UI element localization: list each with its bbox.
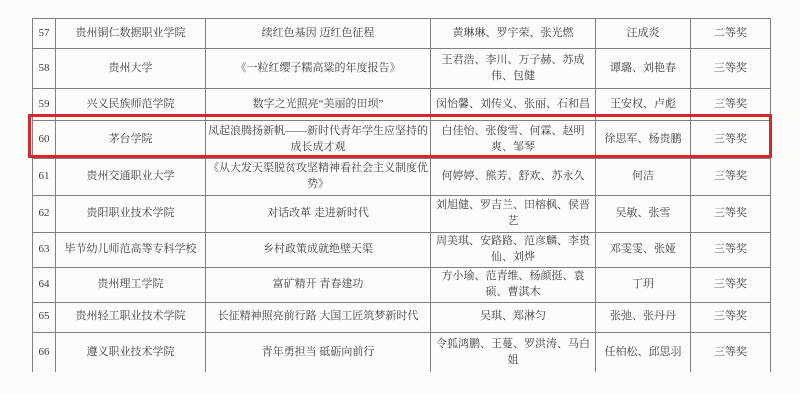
cell-school: 贵州大学 xyxy=(56,49,206,89)
cell-instructors: 张弛、张丹丹 xyxy=(596,302,691,332)
cell-title: 《一粒红缨子糯高粱的年度报告》 xyxy=(206,49,431,89)
cell-no: 62 xyxy=(33,196,56,233)
cell-no: 60 xyxy=(33,121,56,159)
cell-instructors: 任柏松、邱思羽 xyxy=(596,332,691,372)
cell-students: 白佳怡、张俊雪、何霖、赵明爽、邹琴 xyxy=(431,121,596,159)
cell-award: 三等奖 xyxy=(691,49,771,89)
cell-no: 61 xyxy=(33,159,56,196)
cell-title: 长征精神照亮前行路 大国工匠筑梦新时代 xyxy=(206,302,431,332)
awards-table: 57贵州铜仁数据职业学院续红色基因 迈红色征程黄琳琳、罗宇荣、张光燃汪成炎二等奖… xyxy=(32,18,771,372)
cell-award: 三等奖 xyxy=(691,233,771,268)
cell-no: 58 xyxy=(33,49,56,89)
cell-title: 数字之光照亮“美丽的田坝” xyxy=(206,89,431,121)
cell-title: 对话改革 走进新时代 xyxy=(206,196,431,233)
cell-award: 三等奖 xyxy=(691,196,771,233)
cell-students: 方小瑜、范青维、杨颜挺、袁硕、曹淇木 xyxy=(431,267,596,302)
table-row: 60茅台学院凤起浪腾扬新帆——新时代青年学生应坚持的成长成才观白佳怡、张俊雪、何… xyxy=(33,121,771,159)
cell-award: 二等奖 xyxy=(691,19,771,49)
cell-award: 三等奖 xyxy=(691,267,771,302)
cell-award: 三等奖 xyxy=(691,121,771,159)
cell-students: 何婷婷、熊芳、舒欢、苏永久 xyxy=(431,159,596,196)
cell-students: 刘旭健、罗吉兰、田榕枫、侯晋艺 xyxy=(431,196,596,233)
cell-instructors: 吴敏、张雪 xyxy=(596,196,691,233)
cell-instructors: 丁玥 xyxy=(596,267,691,302)
table-row: 59兴义民族师范学院数字之光照亮“美丽的田坝”闵怡馨、刘传义、张丽、石和昌王安权… xyxy=(33,89,771,121)
cell-school: 兴义民族师范学院 xyxy=(56,89,206,121)
cell-students: 周美琪、安路路、范彦麟、李贵仙、刘烨 xyxy=(431,233,596,268)
cell-students: 黄琳琳、罗宇荣、张光燃 xyxy=(431,19,596,49)
table-row: 61贵州交通职业大学《从大发天渠脱贫攻坚精神看社会主义制度优势》何婷婷、熊芳、舒… xyxy=(33,159,771,196)
cell-instructors: 王安权、卢彪 xyxy=(596,89,691,121)
cell-no: 59 xyxy=(33,89,56,121)
cell-no: 64 xyxy=(33,267,56,302)
table-row: 58贵州大学《一粒红缨子糯高粱的年度报告》王君浩、李川、万子赫、苏成伟、包健谭璐… xyxy=(33,49,771,89)
table-row: 66遵义职业技术学院青年勇担当 砥砺向前行令狐鸿鹏、王蔓、罗洪涛、马白姐任柏松、… xyxy=(33,332,771,372)
cell-no: 66 xyxy=(33,332,56,372)
table-row: 64贵州理工学院富矿精开 青春建功方小瑜、范青维、杨颜挺、袁硕、曹淇木丁玥三等奖 xyxy=(33,267,771,302)
table-row: 57贵州铜仁数据职业学院续红色基因 迈红色征程黄琳琳、罗宇荣、张光燃汪成炎二等奖 xyxy=(33,19,771,49)
table-row: 65贵州轻工职业技术学院长征精神照亮前行路 大国工匠筑梦新时代吴琪、郑淋匀张弛、… xyxy=(33,302,771,332)
cell-school: 毕节幼儿师范高等专科学校 xyxy=(56,233,206,268)
cell-instructors: 汪成炎 xyxy=(596,19,691,49)
cell-title: 凤起浪腾扬新帆——新时代青年学生应坚持的成长成才观 xyxy=(206,121,431,159)
cell-instructors: 邓雯雯、张娅 xyxy=(596,233,691,268)
table-row: 62贵阳职业技术学院对话改革 走进新时代刘旭健、罗吉兰、田榕枫、侯晋艺吴敏、张雪… xyxy=(33,196,771,233)
cell-school: 贵阳职业技术学院 xyxy=(56,196,206,233)
cell-award: 三等奖 xyxy=(691,159,771,196)
cell-school: 贵州铜仁数据职业学院 xyxy=(56,19,206,49)
cell-award: 三等奖 xyxy=(691,89,771,121)
cell-school: 遵义职业技术学院 xyxy=(56,332,206,372)
cell-no: 57 xyxy=(33,19,56,49)
cell-award: 三等奖 xyxy=(691,302,771,332)
awards-table-body: 57贵州铜仁数据职业学院续红色基因 迈红色征程黄琳琳、罗宇荣、张光燃汪成炎二等奖… xyxy=(33,19,771,373)
cell-school: 贵州交通职业大学 xyxy=(56,159,206,196)
cell-no: 63 xyxy=(33,233,56,268)
cell-title: 续红色基因 迈红色征程 xyxy=(206,19,431,49)
table-row: 63毕节幼儿师范高等专科学校乡村政策成就绝壁天渠周美琪、安路路、范彦麟、李贵仙、… xyxy=(33,233,771,268)
cell-title: 乡村政策成就绝壁天渠 xyxy=(206,233,431,268)
cell-instructors: 何洁 xyxy=(596,159,691,196)
cell-title: 富矿精开 青春建功 xyxy=(206,267,431,302)
cell-students: 闵怡馨、刘传义、张丽、石和昌 xyxy=(431,89,596,121)
cell-students: 吴琪、郑淋匀 xyxy=(431,302,596,332)
cell-students: 令狐鸿鹏、王蔓、罗洪涛、马白姐 xyxy=(431,332,596,372)
cell-instructors: 徐思军、杨贵鹏 xyxy=(596,121,691,159)
cell-school: 贵州轻工职业技术学院 xyxy=(56,302,206,332)
cell-students: 王君浩、李川、万子赫、苏成伟、包健 xyxy=(431,49,596,89)
cell-no: 65 xyxy=(33,302,56,332)
cell-title: 青年勇担当 砥砺向前行 xyxy=(206,332,431,372)
cell-instructors: 谭璐、刘艳春 xyxy=(596,49,691,89)
award-list-page: 57贵州铜仁数据职业学院续红色基因 迈红色征程黄琳琳、罗宇荣、张光燃汪成炎二等奖… xyxy=(0,0,800,394)
cell-title: 《从大发天渠脱贫攻坚精神看社会主义制度优势》 xyxy=(206,159,431,196)
cell-school: 贵州理工学院 xyxy=(56,267,206,302)
cell-school: 茅台学院 xyxy=(56,121,206,159)
cell-award: 三等奖 xyxy=(691,332,771,372)
